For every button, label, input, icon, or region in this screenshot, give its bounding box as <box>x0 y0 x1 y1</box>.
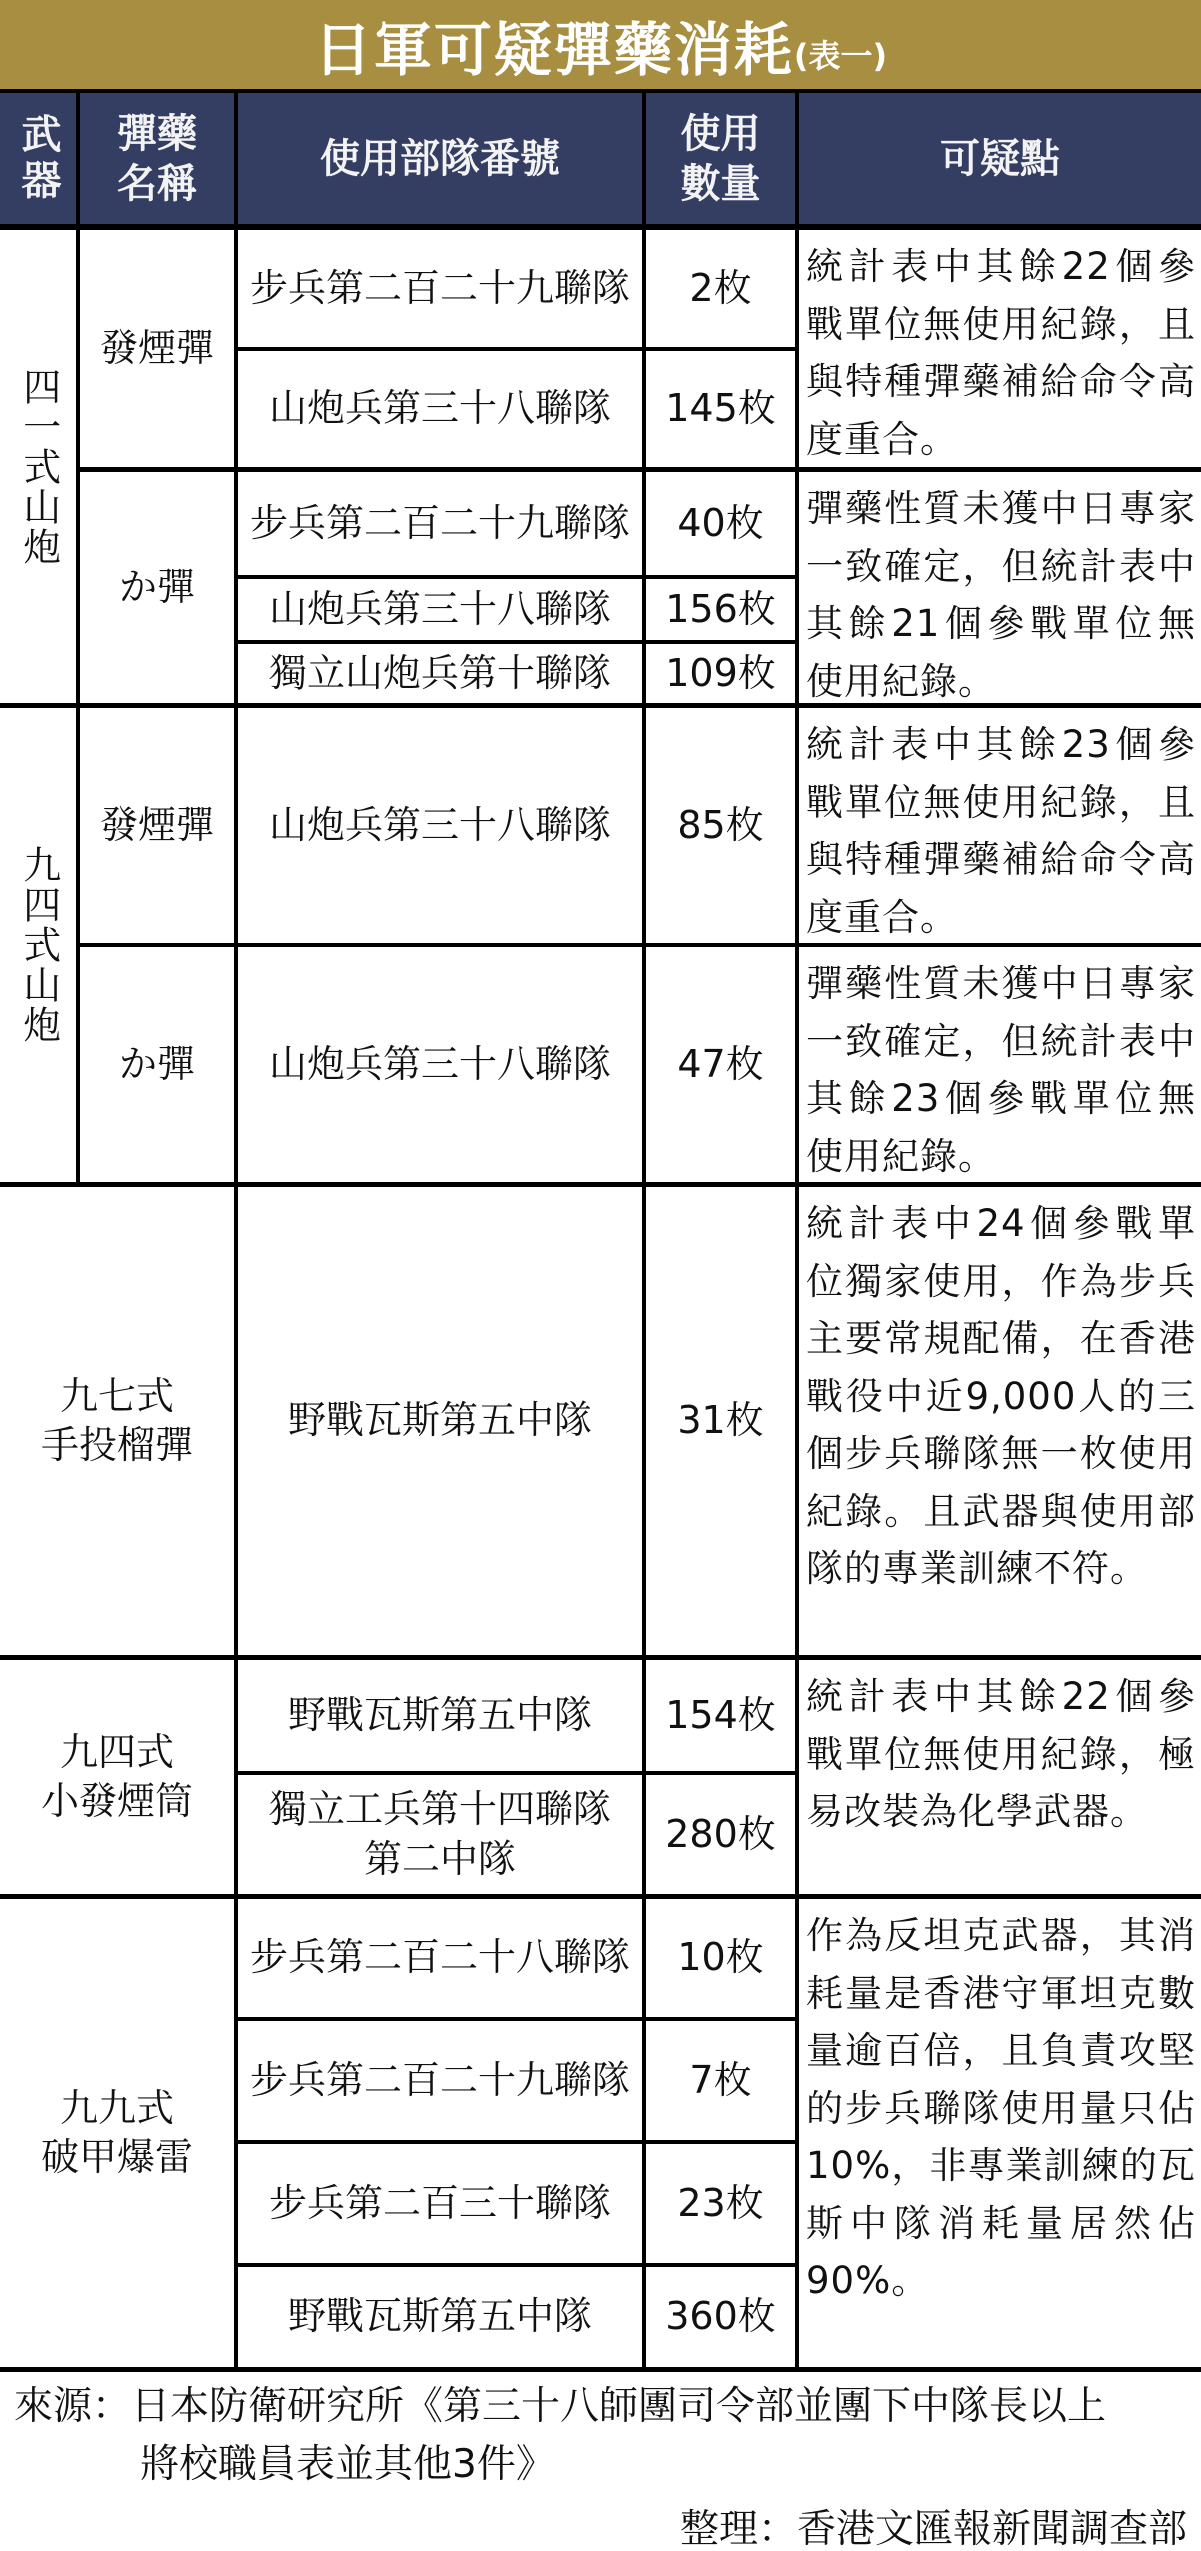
source-note: 來源：日本防衛研究所《第三十八師團司令部並團下中隊長以上 將校職員表並其他3件》 <box>14 2378 1194 2494</box>
unit-cell: 獨立工兵第十四聯隊 第二中隊 <box>238 1775 642 1894</box>
grid-line <box>238 575 795 579</box>
quantity-cell: 23枚 <box>646 2144 795 2263</box>
quantity-cell: 10枚 <box>646 1899 795 2017</box>
quantity-cell: 280枚 <box>646 1775 795 1894</box>
grid-line <box>642 93 646 224</box>
unit-cell: 山炮兵第三十八聯隊 <box>238 351 642 467</box>
suspicion-note: 彈藥性質未獲中日專家一致確定，但統計表中其餘21個參戰單位無使用紀錄。 <box>806 472 1196 703</box>
unit-cell: 步兵第二百二十九聯隊 <box>238 2021 642 2140</box>
credit-note: 整理：香港文匯報新聞調查部 <box>680 2498 1187 2551</box>
quantity-cell: 145枚 <box>646 351 795 467</box>
unit-cell: 步兵第二百二十八聯隊 <box>238 1899 642 2017</box>
table-title: 日軍可疑彈藥消耗 <box>314 3 794 87</box>
grid-line <box>238 1771 795 1775</box>
quantity-cell: 109枚 <box>646 644 795 703</box>
grid-line <box>0 2367 1201 2372</box>
quantity-cell: 85枚 <box>646 708 795 943</box>
suspicion-note: 作為反坦克武器，其消耗量是香港守軍坦克數量逾百倍，且負責攻堅的步兵聯隊使用量只佔… <box>806 1899 1196 2367</box>
weapon-cell: 九七式 手投榴彈 <box>0 1187 234 1655</box>
grid-line <box>238 2263 795 2267</box>
ammo-cell: 發煙彈 <box>80 230 234 467</box>
grid-line <box>76 943 1201 947</box>
quantity-cell: 156枚 <box>646 579 795 640</box>
grid-line <box>238 2140 795 2144</box>
title-band: 日軍可疑彈藥消耗 (表一) <box>0 0 1201 89</box>
quantity-cell: 31枚 <box>646 1187 795 1655</box>
header-unit: 使用部隊番號 <box>238 93 642 224</box>
grid-line <box>795 229 799 2367</box>
suspicion-note: 統計表中其餘22個參戰單位無使用紀錄，極易改裝為化學武器。 <box>806 1660 1196 1894</box>
ammo-cell: か彈 <box>80 947 234 1182</box>
header-weapon: 武器 <box>0 93 76 224</box>
suspicion-note: 彈藥性質未獲中日專家一致確定，但統計表中其餘23個參戰單位無使用紀錄。 <box>806 947 1196 1182</box>
unit-cell: 獨立山炮兵第十聯隊 <box>238 644 642 703</box>
grid-line <box>238 640 795 644</box>
unit-cell: 山炮兵第三十八聯隊 <box>238 947 642 1182</box>
weapon-cell: 九四式 小發煙筒 <box>0 1660 234 1894</box>
grid-line <box>238 2017 795 2021</box>
grid-line <box>795 93 799 224</box>
weapon-cell: 九四式山炮 <box>0 708 76 1182</box>
suspicion-note: 統計表中其餘22個參戰單位無使用紀錄，且與特種彈藥補給命令高度重合。 <box>806 230 1196 467</box>
grid-line <box>234 229 238 2367</box>
suspicion-note: 統計表中24個參戰單位獨家使用，作為步兵主要常規配備，在香港戰役中近9,000人… <box>806 1187 1196 1655</box>
unit-cell: 野戰瓦斯第五中隊 <box>238 2267 642 2367</box>
quantity-cell: 47枚 <box>646 947 795 1182</box>
header-quantity: 使用數量 <box>646 93 795 224</box>
table-subtitle: (表一) <box>794 31 887 77</box>
quantity-cell: 2枚 <box>646 230 795 347</box>
unit-cell: 山炮兵第三十八聯隊 <box>238 708 642 943</box>
weapon-cell: 四一式山炮 <box>0 230 76 703</box>
grid-line <box>642 229 646 2367</box>
ammo-cell: か彈 <box>80 472 234 703</box>
unit-cell: 野戰瓦斯第五中隊 <box>238 1660 642 1771</box>
grid-line <box>76 229 80 703</box>
unit-cell: 山炮兵第三十八聯隊 <box>238 579 642 640</box>
header-suspicion: 可疑點 <box>799 93 1201 224</box>
unit-cell: 步兵第二百三十聯隊 <box>238 2144 642 2263</box>
grid-line <box>238 347 795 351</box>
unit-cell: 步兵第二百二十九聯隊 <box>238 230 642 347</box>
ammo-cell: 發煙彈 <box>80 708 234 943</box>
grid-line <box>234 93 238 224</box>
quantity-cell: 7枚 <box>646 2021 795 2140</box>
quantity-cell: 360枚 <box>646 2267 795 2367</box>
grid-line <box>76 708 80 1182</box>
header-ammo-name: 彈藥名稱 <box>80 93 234 224</box>
unit-cell: 野戰瓦斯第五中隊 <box>238 1187 642 1655</box>
suspicion-note: 統計表中其餘23個參戰單位無使用紀錄，且與特種彈藥補給命令高度重合。 <box>806 708 1196 943</box>
quantity-cell: 154枚 <box>646 1660 795 1771</box>
quantity-cell: 40枚 <box>646 472 795 575</box>
weapon-cell: 九九式 破甲爆雷 <box>0 1899 234 2367</box>
grid-line <box>76 93 80 224</box>
unit-cell: 步兵第二百二十九聯隊 <box>238 472 642 575</box>
grid-line <box>76 467 1201 472</box>
